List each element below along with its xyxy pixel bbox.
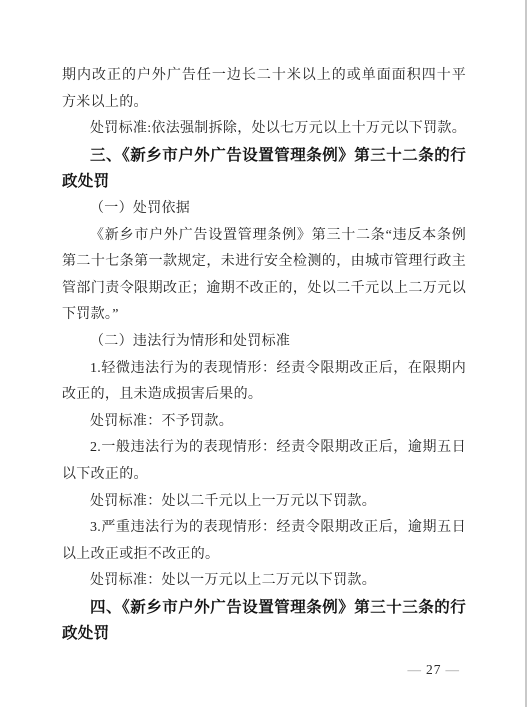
scan-edge-line [525,0,527,707]
text-line: 管部门责令限期改正；逾期不改正的，处以二千元以上二万元以 [62,276,466,303]
document-lines: 期内改正的户外广告任一边长二十米以上的或单面面积四十平方米以上的。处罚标准:依法… [62,63,466,648]
text-line: 处罚标准:依法强制拆除，处以七万元以上十万元以下罚款。 [62,116,466,143]
text-line: 改正的，且未造成损害后果的。 [62,382,466,409]
text-line: 下罚款。” [62,302,466,329]
page-number: —27— [408,660,461,680]
text-line: 处罚标准：处以一万元以上二万元以下罚款。 [62,568,466,595]
heading-line: 政处罚 [62,621,466,648]
text-line: 处罚标准：不予罚款。 [62,409,466,436]
text-line: 期内改正的户外广告任一边长二十米以上的或单面面积四十平 [62,63,466,90]
text-line: 第二十七条第一款规定，未进行安全检测的，由城市管理行政主 [62,249,466,276]
text-line: 《新乡市户外广告设置管理条例》第三十二条“违反本条例 [62,223,466,250]
text-line: 2.一般违法行为的表现情形：经责令限期改正后，逾期五日 [62,435,466,462]
heading-line: 四、《新乡市户外广告设置管理条例》第三十三条的行 [62,595,466,622]
heading-line: 政处罚 [62,169,466,196]
page-number-dash-left: — [408,662,423,677]
heading-line: 三、《新乡市户外广告设置管理条例》第三十二条的行 [62,143,466,170]
text-line: 处罚标准：处以二千元以上一万元以下罚款。 [62,489,466,516]
text-line: 方米以上的。 [62,90,466,117]
text-line: 以上改正或拒不改正的。 [62,542,466,569]
text-line: 以下改正的。 [62,462,466,489]
page-number-value: 27 [426,662,442,677]
text-line: 1.轻微违法行为的表现情形：经责令限期改正后，在限期内 [62,356,466,383]
text-line: 3.严重违法行为的表现情形：经责令限期改正后，逾期五日 [62,515,466,542]
page-number-dash-right: — [446,662,461,677]
document-page: 期内改正的户外广告任一边长二十米以上的或单面面积四十平方米以上的。处罚标准:依法… [0,0,530,707]
text-line: （二）违法行为情形和处罚标准 [62,329,466,356]
document-body: 期内改正的户外广告任一边长二十米以上的或单面面积四十平方米以上的。处罚标准:依法… [62,63,466,648]
text-line: （一）处罚依据 [62,196,466,223]
